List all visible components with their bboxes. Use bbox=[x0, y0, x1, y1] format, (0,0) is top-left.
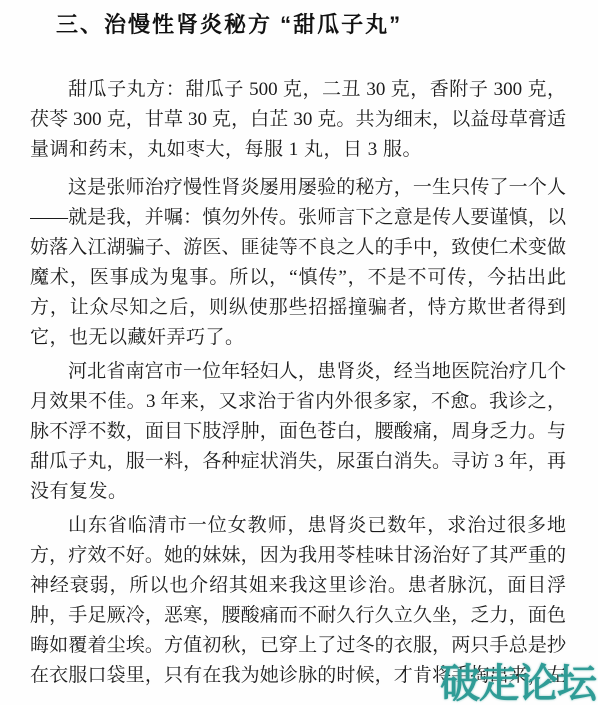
text-line: 这是张师治疗慢性肾炎屡用屡验的秘方，一生只传了一个人 bbox=[30, 173, 566, 203]
text-line: 方，疗效不好。她的妹妹，因为我用苓桂味甘汤治好了其严重的 bbox=[30, 541, 566, 571]
text-line: 没有复发。 bbox=[30, 477, 566, 507]
text-line: 甜瓜子丸，服一料，各种症状消失，尿蛋白消失。寻访 3 年，再 bbox=[30, 447, 566, 477]
text-line: 月效果不佳。3 年来，又求治于省内外很多家，不愈。我诊之， bbox=[30, 387, 566, 417]
text-line: 茯苓 300 克，甘草 30 克，白芷 30 克。共为细末，以益母草膏适 bbox=[30, 105, 566, 135]
text-line: 妨落入江湖骗子、游医、匪徒等不良之人的手中，致使仁术变做 bbox=[30, 233, 566, 263]
watermark: 破走论坛 bbox=[440, 663, 596, 705]
body-text: 甜瓜子丸方：甜瓜子 500 克，二丑 30 克，香附子 300 克，茯苓 300… bbox=[30, 75, 566, 691]
paragraph: 这是张师治疗慢性肾炎屡用屡验的秘方，一生只传了一个人——就是我，并嘱：慎勿外传。… bbox=[30, 173, 566, 353]
text-line: 晦如覆着尘埃。方值初秋，已穿上了过冬的衣服，两只手总是抄 bbox=[30, 631, 566, 661]
paragraph: 河北省南宫市一位年轻妇人，患肾炎，经当地医院治疗几个月效果不佳。3 年来，又求治… bbox=[30, 357, 566, 507]
text-line: 脉不浮不数，面目下肢浮肿，面色苍白，腰酸痛，周身乏力。与 bbox=[30, 417, 566, 447]
text-line: ——就是我，并嘱：慎勿外传。张师言下之意是传人要谨慎，以 bbox=[30, 203, 566, 233]
section-title: 三、治慢性肾炎秘方 “甜瓜子丸” bbox=[56, 12, 598, 38]
text-line: 肿，手足厥冷，恶寒，腰酸痛而不耐久行久立久坐，乏力，面色 bbox=[30, 601, 566, 631]
document-page: 三、治慢性肾炎秘方 “甜瓜子丸” 甜瓜子丸方：甜瓜子 500 克，二丑 30 克… bbox=[0, 0, 598, 705]
text-line: 它，也无以藏奸弄巧了。 bbox=[30, 323, 566, 353]
paragraph: 甜瓜子丸方：甜瓜子 500 克，二丑 30 克，香附子 300 克，茯苓 300… bbox=[30, 75, 566, 165]
text-line: 方，让众尽知之后，则纵使那些招摇撞骗者，恃方欺世者得到 bbox=[30, 293, 566, 323]
text-line: 河北省南宫市一位年轻妇人，患肾炎，经当地医院治疗几个 bbox=[30, 357, 566, 387]
text-line: 神经衰弱，所以也介绍其姐来我这里诊治。患者脉沉，面目浮 bbox=[30, 571, 566, 601]
text-line: 量调和药末，丸如枣大，每服 1 丸，日 3 服。 bbox=[30, 135, 566, 165]
text-line: 甜瓜子丸方：甜瓜子 500 克，二丑 30 克，香附子 300 克， bbox=[30, 75, 566, 105]
text-line: 魔术，医事成为鬼事。所以，“慎传”，不是不可传，今拈出此 bbox=[30, 263, 566, 293]
text-line: 山东省临清市一位女教师，患肾炎已数年，求治过很多地 bbox=[30, 511, 566, 541]
